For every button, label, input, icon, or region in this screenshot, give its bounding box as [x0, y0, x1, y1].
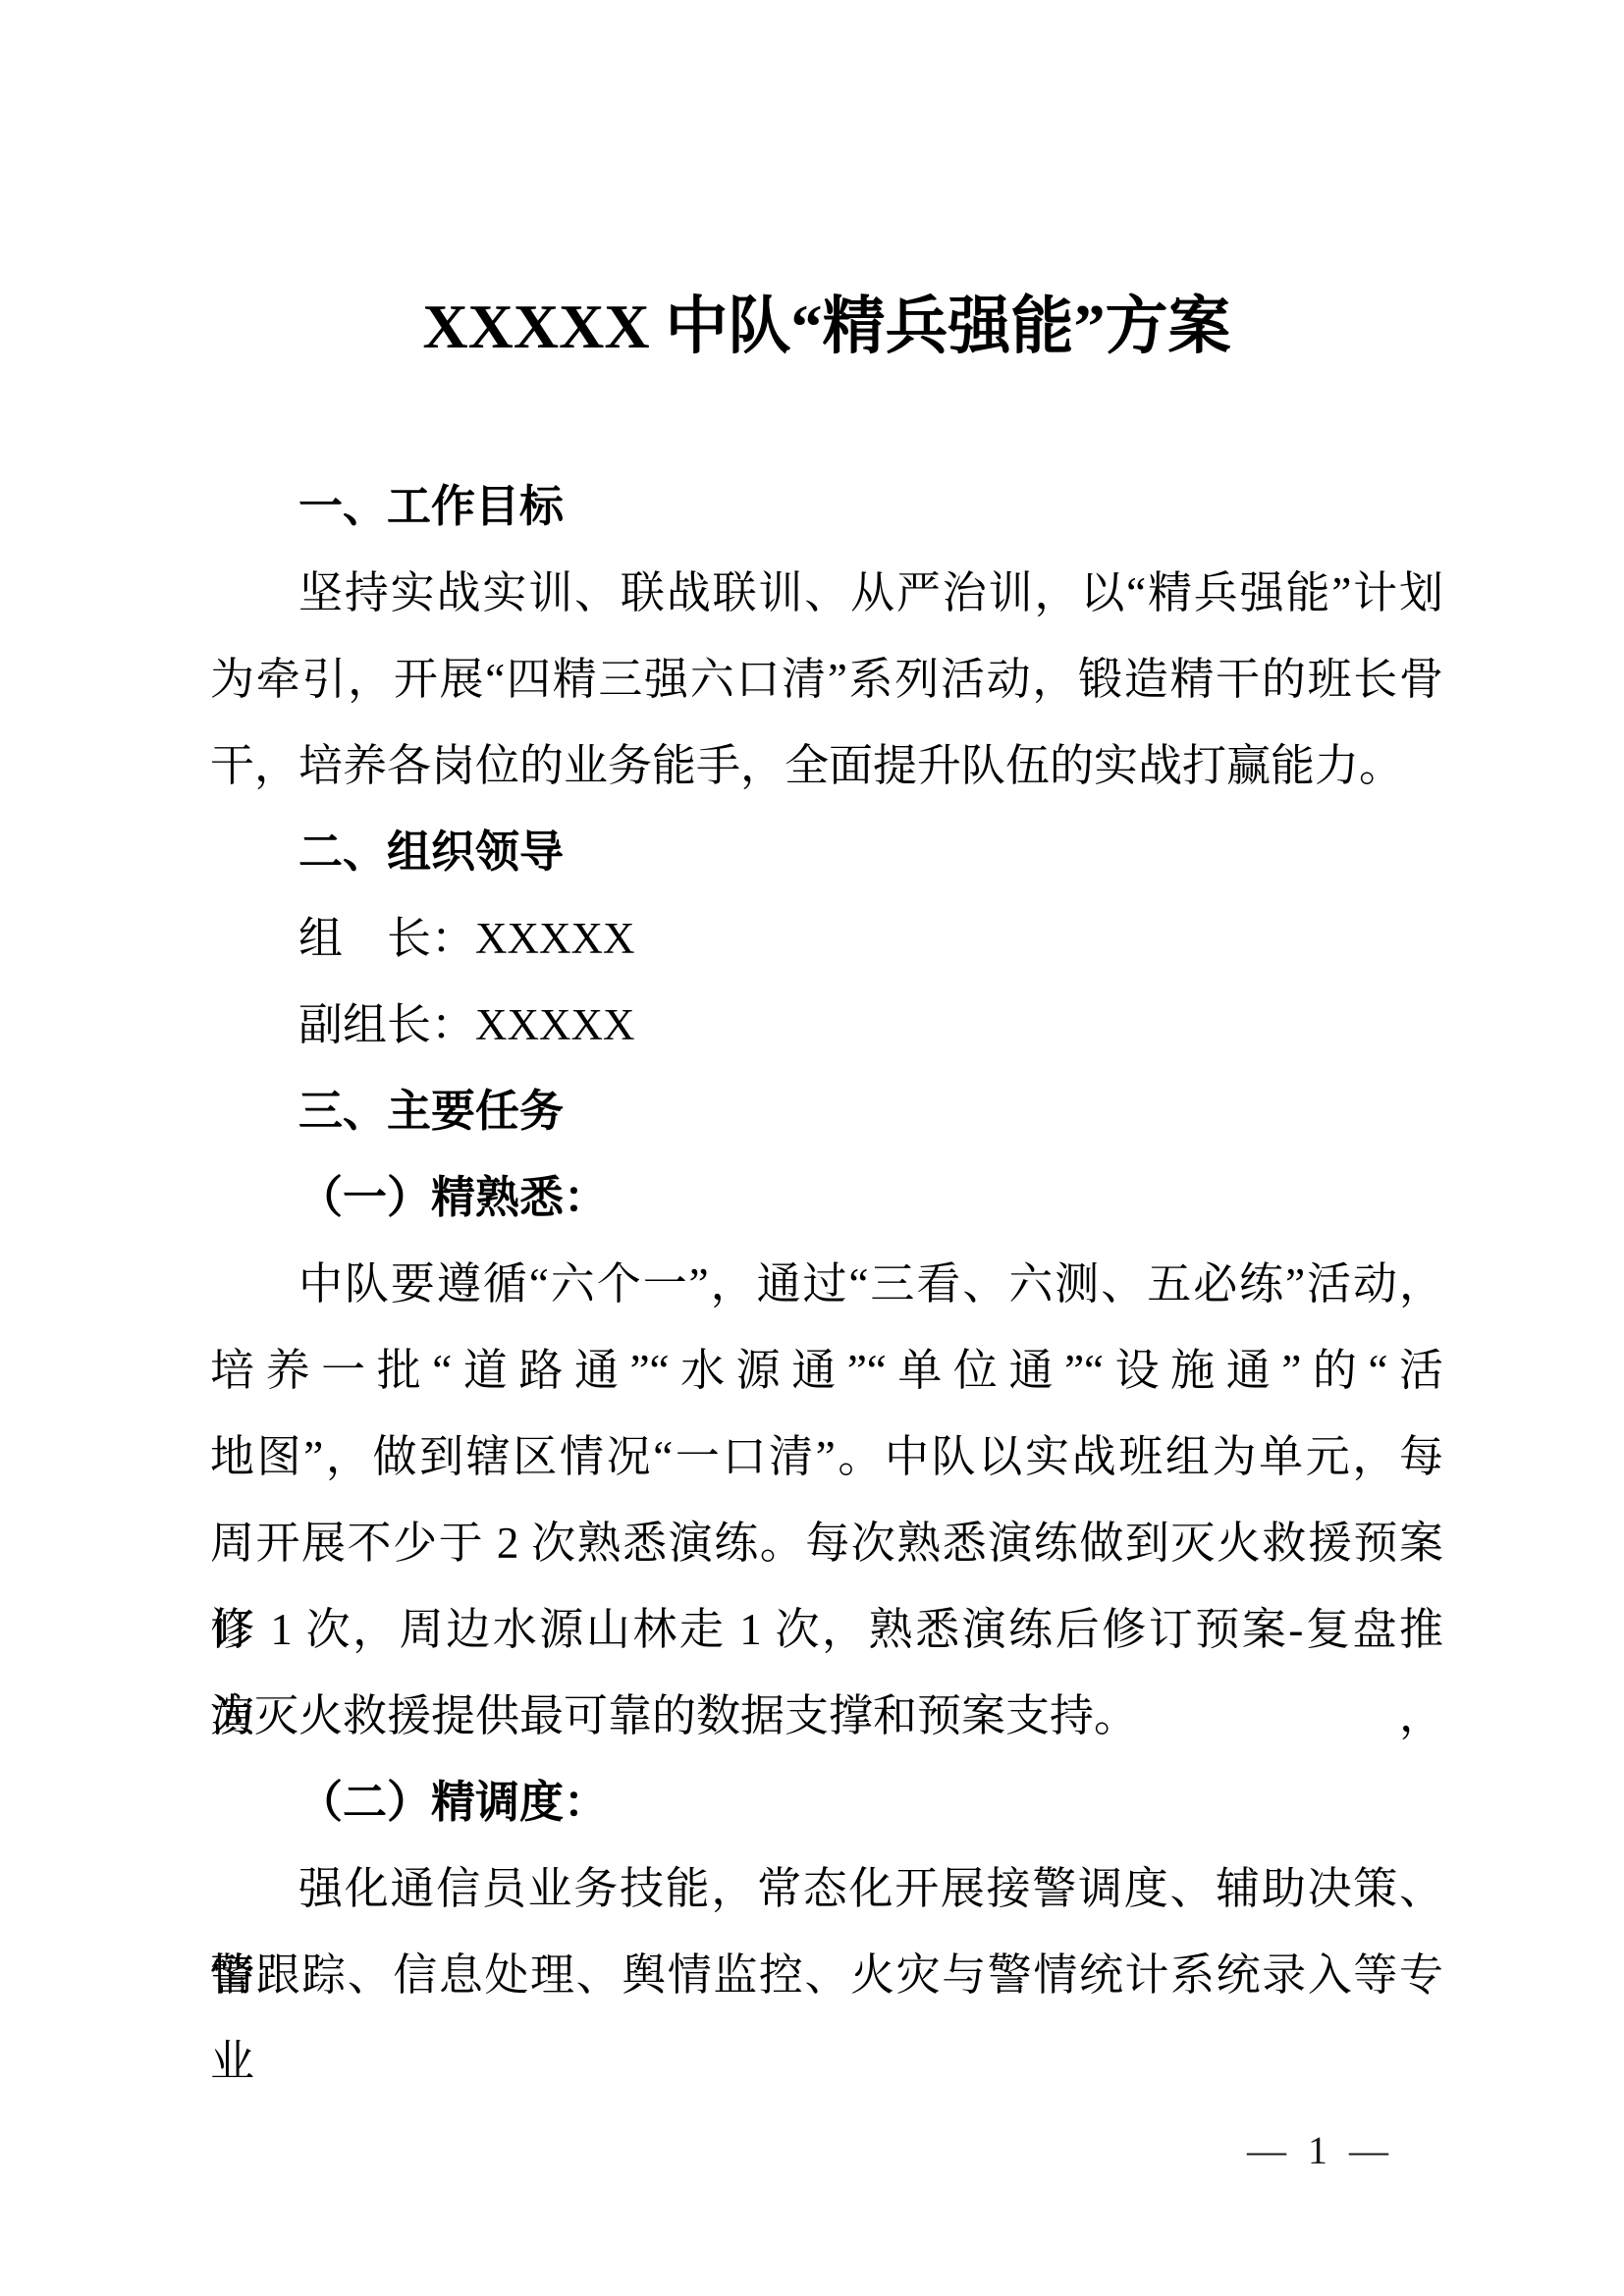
page-number: — 1 —: [1247, 2128, 1394, 2173]
document-body: 一、工作目标坚持实战实训、联战联训、从严治训，以“精兵强能”计划为牵引，开展“四…: [210, 463, 1443, 2018]
body-line: 中队要遵循“六个一”，通过“三看、六测、五必练”活动，: [210, 1241, 1443, 1327]
body-line: 培养一批“道路通”“水源通”“单位通”“设施通”的“活: [210, 1327, 1443, 1414]
body-line: 干，培养各岗位的业务能手，全面提升队伍的实战打赢能力。: [210, 722, 1443, 809]
sub-heading: （一）精熟悉：: [210, 1154, 1443, 1241]
body-line: 情跟踪、信息处理、舆情监控、火灾与警情统计系统录入等专业: [210, 1932, 1443, 2018]
section-heading: 一、工作目标: [210, 463, 1443, 550]
body-line: 地图”，做到辖区情况“一口清”。中队以实战班组为单元，每: [210, 1414, 1443, 1500]
sub-heading: （二）精调度：: [210, 1759, 1443, 1845]
document-title: XXXXX 中队“精兵强能”方案: [210, 273, 1443, 381]
body-line: 为牵引，开展“四精三强六口清”系列活动，锻造精干的班长骨: [210, 636, 1443, 722]
document-page: XXXXX 中队“精兵强能”方案 一、工作目标坚持实战实训、联战联训、从严治训，…: [0, 0, 1624, 2296]
body-line: 坚持实战实训、联战联训、从严治训，以“精兵强能”计划: [210, 550, 1443, 636]
section-heading: 二、组织领导: [210, 809, 1443, 895]
body-line: 副组长：XXXXX: [210, 982, 1443, 1068]
section-heading: 三、主要任务: [210, 1068, 1443, 1154]
body-line: 强化通信员业务技能，常态化开展接警调度、辅助决策、警: [210, 1845, 1443, 1932]
body-line: 组 长：XXXXX: [210, 895, 1443, 982]
body-line: 周开展不少于 2 次熟悉演练。每次熟悉演练做到灭火救援预案修: [210, 1500, 1443, 1586]
body-line: 订 1 次，周边水源山林走 1 次，熟悉演练后修订预案-复盘推演，: [210, 1586, 1443, 1673]
